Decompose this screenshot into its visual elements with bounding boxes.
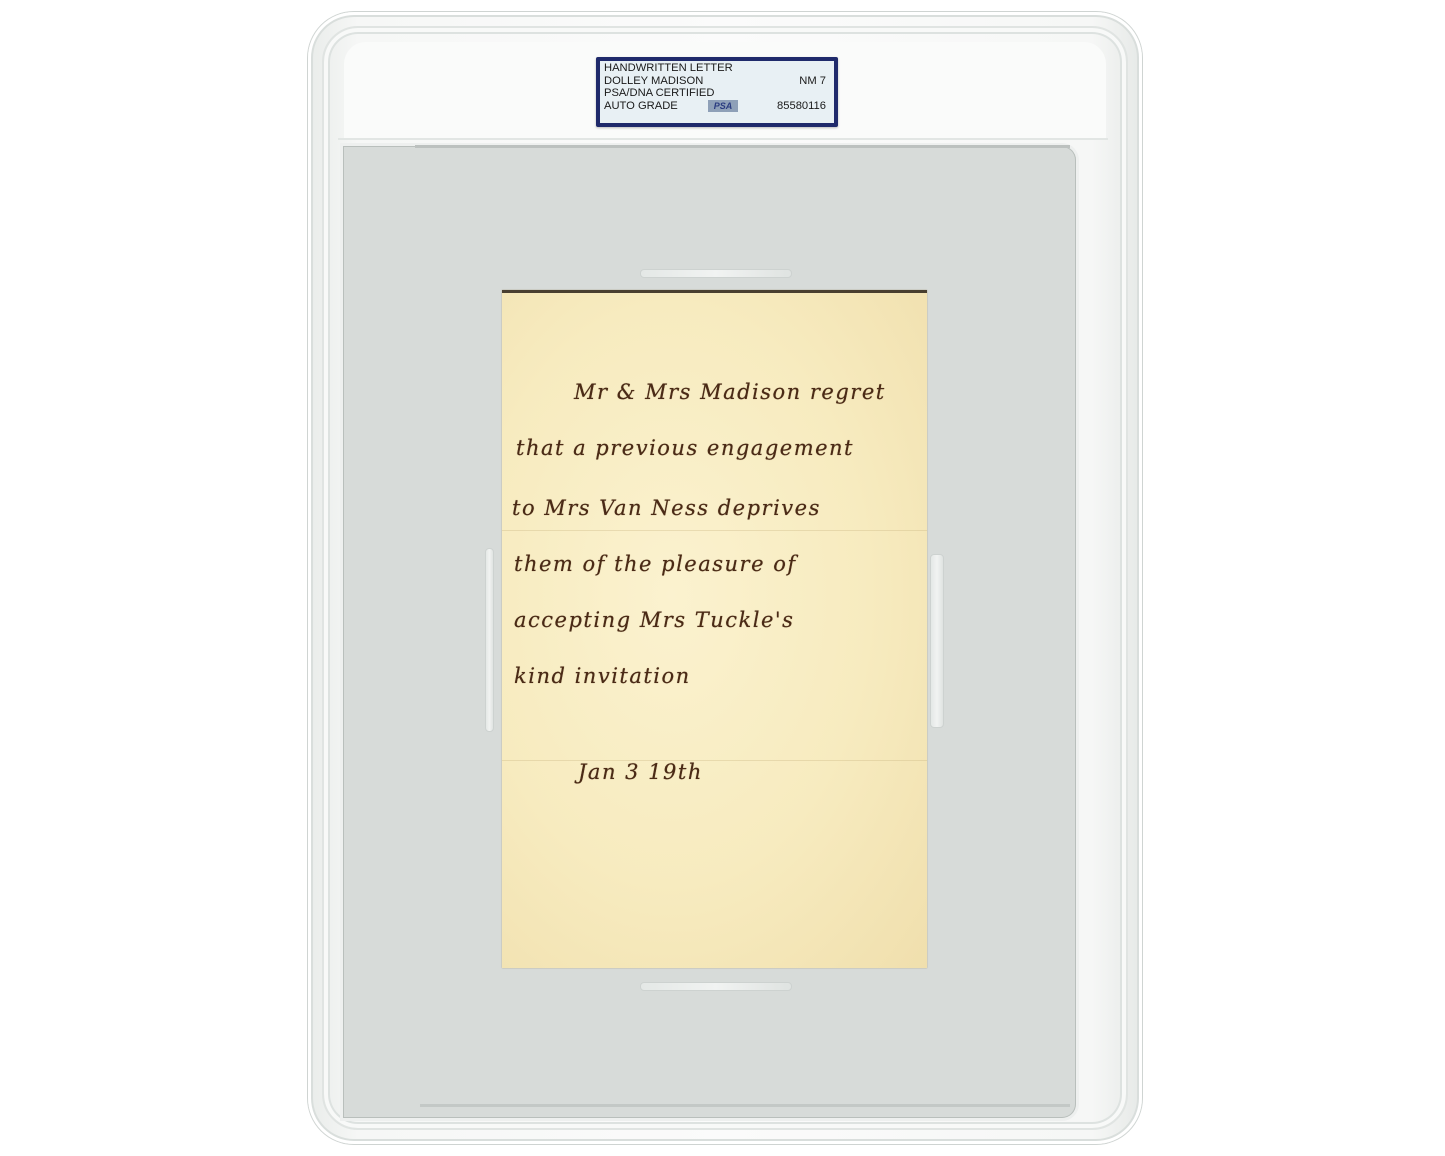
certification-type: PSA/DNA CERTIFIED <box>604 87 714 99</box>
certification-label: HANDWRITTEN LETTER DOLLEY MADISON NM 7 P… <box>596 57 838 127</box>
label-row-2: DOLLEY MADISON NM 7 <box>604 75 830 88</box>
item-subject: DOLLEY MADISON <box>604 75 703 87</box>
letter-text: Mr & Mrs Madison regret that a previous … <box>502 290 927 968</box>
letter-date: Jan 3 19th <box>578 760 703 784</box>
letter-line-6: kind invitation <box>514 664 691 688</box>
letter-line-1: Mr & Mrs Madison regret <box>574 380 886 404</box>
retainer-tab-bottom <box>640 982 792 991</box>
letter-line-2: that a previous engagement <box>516 436 854 460</box>
handwritten-letter: Mr & Mrs Madison regret that a previous … <box>502 290 927 968</box>
letter-line-5: accepting Mrs Tuckle's <box>514 608 794 632</box>
cert-number: 85580116 <box>777 100 826 113</box>
retainer-tab-left <box>485 548 494 732</box>
letter-line-3: to Mrs Van Ness deprives <box>512 496 821 520</box>
label-row-4: AUTO GRADE PSA 85580116 <box>604 100 830 113</box>
label-row-3: PSA/DNA CERTIFIED <box>604 87 830 100</box>
insert-divider <box>338 138 1108 140</box>
label-body: HANDWRITTEN LETTER DOLLEY MADISON NM 7 P… <box>600 61 834 123</box>
letter-line-4: them of the pleasure of <box>514 552 797 576</box>
psa-logo-icon: PSA <box>708 100 738 112</box>
item-type: HANDWRITTEN LETTER <box>604 62 733 74</box>
well-top-edge <box>415 145 1070 148</box>
well-bottom-edge <box>420 1104 1070 1107</box>
label-row-1: HANDWRITTEN LETTER <box>604 62 830 75</box>
grade-badge: NM 7 <box>799 75 826 88</box>
retainer-tab-top <box>640 269 792 278</box>
retainer-tab-right <box>930 554 944 728</box>
grade-type: AUTO GRADE <box>604 100 678 112</box>
